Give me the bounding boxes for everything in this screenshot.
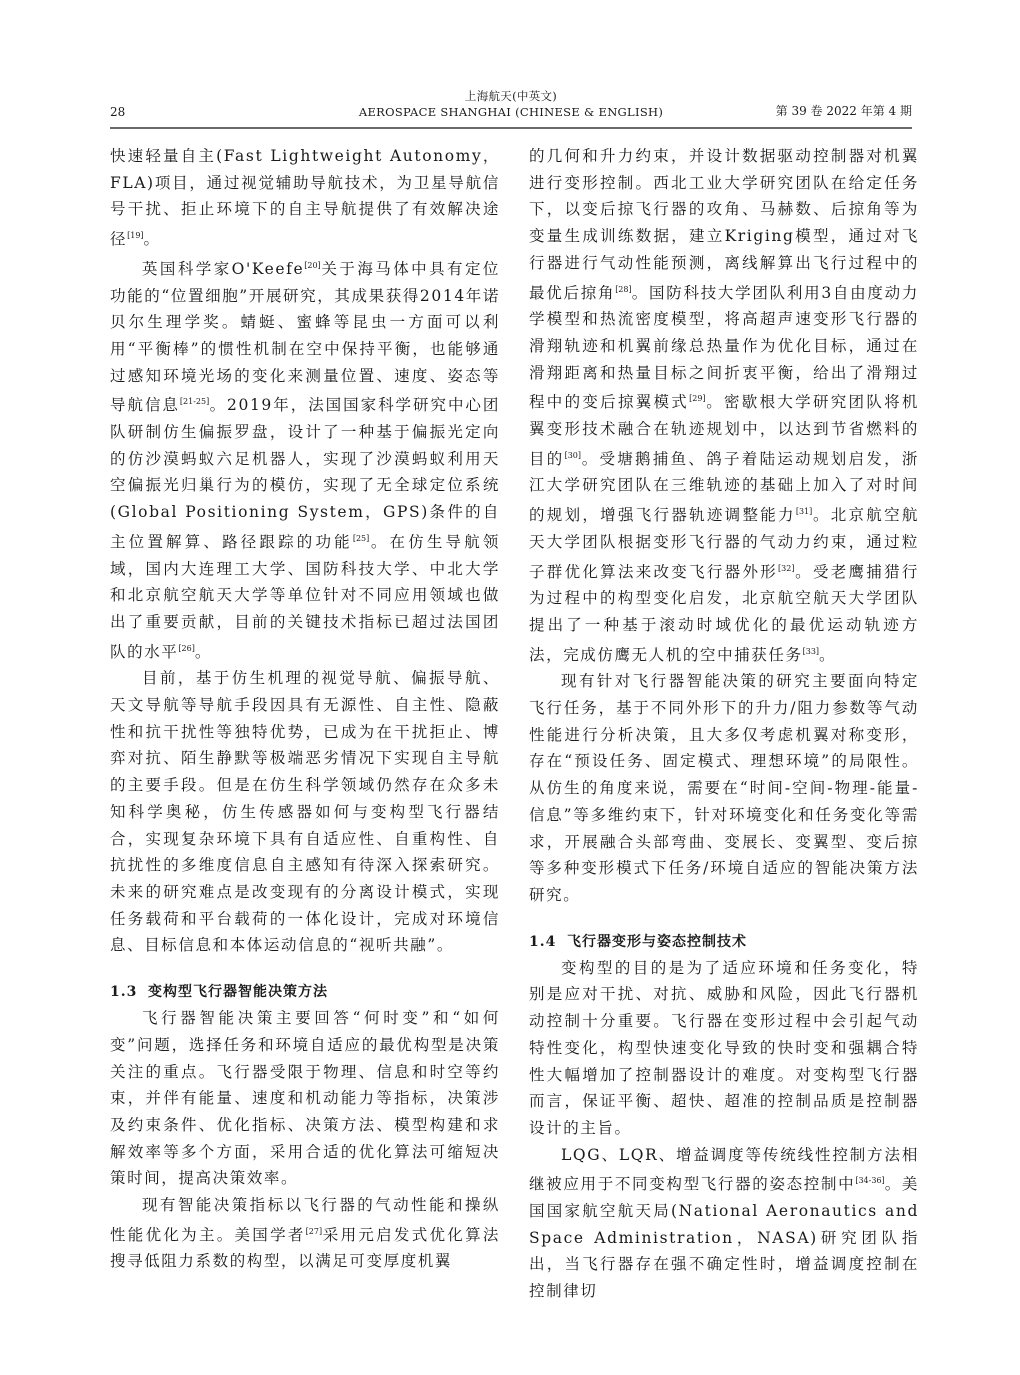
paragraph: 变构型的目的是为了适应环境和任务变化，特别是应对干扰、对抗、威胁和风险，因此飞行… (529, 955, 919, 1142)
section-heading: 1.4飞行器变形与姿态控制技术 (529, 929, 919, 955)
running-header: 28 上海航天(中英文) AEROSPACE SHANGHAI (CHINESE… (110, 88, 912, 128)
paragraph: 快速轻量自主(Fast Lightweight Autonomy，FLA)项目，… (110, 143, 500, 253)
paragraph: 现有智能决策指标以飞行器的气动性能和操纵性能优化为主。美国学者[27]采用元启发… (110, 1192, 500, 1275)
paragraph: 英国科学家O'Keefe[20]关于海马体中具有定位功能的“位置细胞”开展研究，… (110, 253, 500, 666)
citation: [19] (127, 231, 143, 240)
paragraph: LQG、LQR、增益调度等传统线性控制方法相继被应用于不同变构型飞行器的姿态控制… (529, 1142, 919, 1305)
citation: [26] (178, 644, 194, 653)
citation: [31] (796, 507, 812, 516)
right-column: 的几何和升力约束，并设计数据驱动控制器对机翼进行变形控制。西北工业大学研究团队在… (529, 143, 919, 1305)
citation: [29] (689, 394, 705, 403)
paragraph: 目前，基于仿生机理的视觉导航、偏振导航、天文导航等导航手段因具有无源性、自主性、… (110, 665, 500, 959)
citation: [33] (803, 647, 819, 656)
section-heading: 1.3变构型飞行器智能决策方法 (110, 979, 500, 1005)
citation: [21-25] (180, 397, 209, 406)
citation: [32] (778, 564, 794, 573)
left-column: 快速轻量自主(Fast Lightweight Autonomy，FLA)项目，… (110, 143, 500, 1275)
issue-info: 第 39 卷 2022 年第 4 期 (776, 102, 912, 119)
citation: [27] (306, 1227, 322, 1236)
header-rule (110, 127, 912, 129)
paragraph: 的几何和升力约束，并设计数据驱动控制器对机翼进行变形控制。西北工业大学研究团队在… (529, 143, 919, 668)
paragraph: 现有针对飞行器智能决策的研究主要面向特定飞行任务，基于不同外形下的升力/阻力参数… (529, 668, 919, 908)
paragraph: 飞行器智能决策主要回答“何时变”和“如何变”问题，选择任务和环境自适应的最优构型… (110, 1005, 500, 1192)
citation: [30] (565, 451, 581, 460)
citation: [25] (353, 534, 369, 543)
citation: [28] (615, 285, 631, 294)
citation: [20] (304, 261, 320, 270)
citation: [34-36] (855, 1176, 884, 1185)
